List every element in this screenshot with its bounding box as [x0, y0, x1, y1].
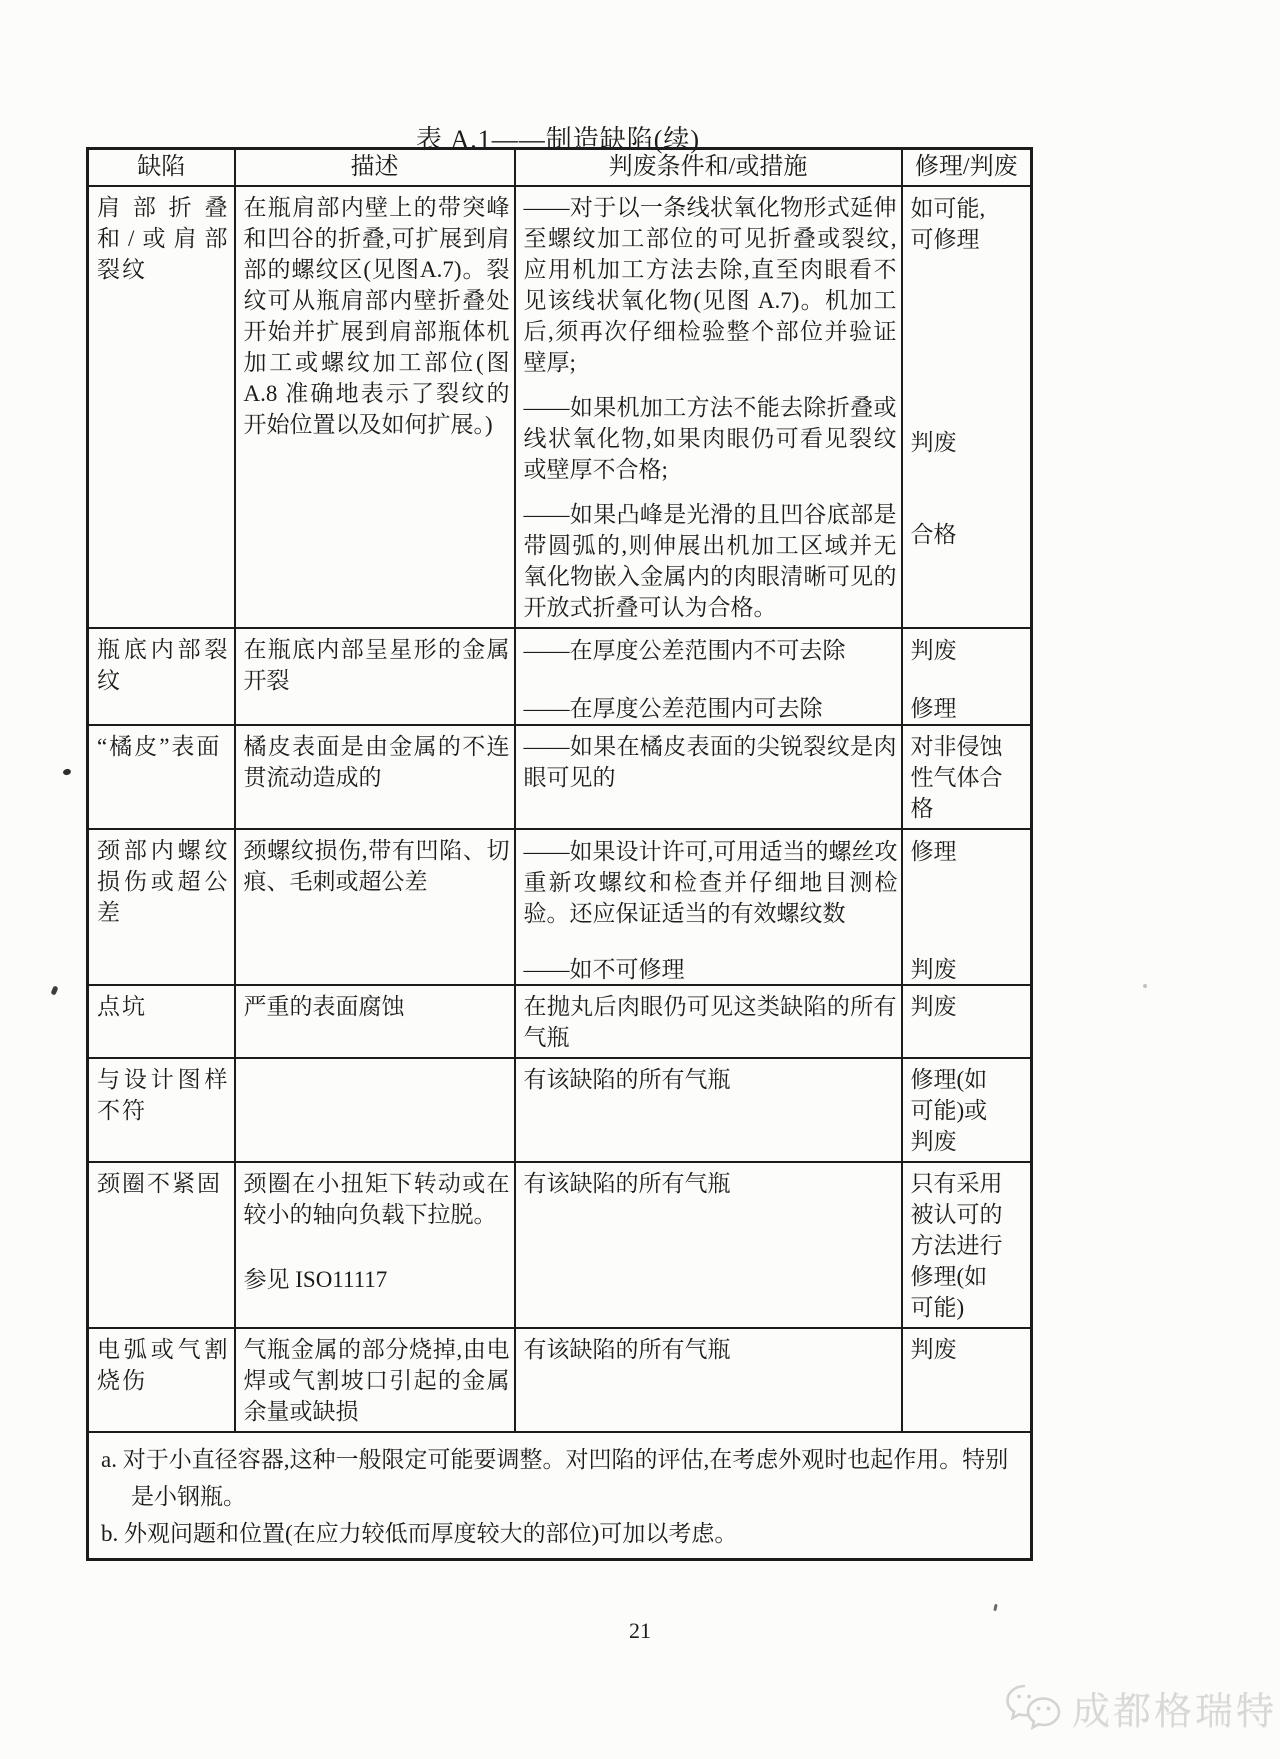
- chat-bubbles-icon: [1004, 1683, 1062, 1733]
- table-row: 电弧或气割烧伤 气瓶金属的部分烧掉,由电焊或气割坡口引起的金属余量或缺损 有该缺…: [88, 1328, 1032, 1432]
- verdict-label: 合格: [911, 519, 1028, 550]
- verdict-label: 判废: [911, 1334, 1027, 1365]
- description-cell: 橘皮表面是由金属的不连贯流动造成的: [235, 725, 515, 829]
- conditions-cell: 在抛丸后肉眼仍可见这类缺陷的所有气瓶: [515, 985, 902, 1058]
- description-paragraph: 颈螺纹损伤,带有凹陷、切痕、毛刺或超公差: [244, 835, 510, 897]
- condition-paragraph: ——对于以一条线状氧化物形式延伸至螺纹加工部位的可见折叠或裂纹,应用机加工方法去…: [524, 192, 897, 378]
- defect-cell: 与设计图样不符: [88, 1058, 235, 1162]
- condition-paragraph: 有该缺陷的所有气瓶: [524, 1064, 897, 1095]
- condition-paragraph: ——在厚度公差范围内可去除: [524, 693, 898, 724]
- table-row: 颈部内螺纹损伤或超公差 颈螺纹损伤,带有凹陷、切痕、毛刺或超公差 ——如果设计许…: [88, 829, 1032, 985]
- conditions-cell: ——在厚度公差范围内不可去除 ——在厚度公差范围内可去除: [515, 628, 902, 725]
- scan-artifact-dot: [62, 768, 71, 776]
- footnote-b: b. 外观问题和位置(在应力较低而厚度较大的部位)可加以考虑。: [101, 1515, 1016, 1552]
- verdict-cell: 修理(如 可能)或 判废: [902, 1058, 1032, 1162]
- verdict-label: 对非侵蚀 性气体合 格: [911, 731, 1027, 824]
- condition-paragraph: ——如不可修理: [524, 954, 898, 985]
- table-row: 肩部折叠和/或肩部裂纹 在瓶肩部内壁上的带突峰和凹谷的折叠,可扩展到肩部的螺纹区…: [88, 186, 1032, 628]
- verdict-label: 只有采用 被认可的 方法进行 修理(如 可能): [911, 1168, 1027, 1323]
- manufacturing-defects-table: 缺陷 描述 判废条件和/或措施 修理/判废 肩部折叠和/或肩部裂纹 在瓶肩部内壁…: [86, 147, 1033, 1561]
- footnote-a: a. 对于小直径容器,这种一般限定可能要调整。对凹陷的评估,在考虑外观时也起作用…: [101, 1441, 1016, 1515]
- description-paragraph: 颈圈在小扭矩下转动或在较小的轴向负载下拉脱。: [244, 1168, 510, 1230]
- verdict-cell: 只有采用 被认可的 方法进行 修理(如 可能): [902, 1162, 1032, 1328]
- description-cell: 严重的表面腐蚀: [235, 985, 515, 1058]
- header-description: 描述: [235, 149, 515, 187]
- verdict-label: 如可能, 可修理: [911, 193, 1028, 255]
- defect-cell: “橘皮”表面: [88, 725, 235, 829]
- header-conditions: 判废条件和/或措施: [515, 149, 902, 187]
- defect-cell: 瓶底内部裂纹: [88, 628, 235, 725]
- condition-paragraph: 在抛丸后肉眼仍可见这类缺陷的所有气瓶: [524, 991, 897, 1053]
- defect-cell: 点坑: [88, 985, 235, 1058]
- condition-paragraph: ——在厚度公差范围内不可去除: [524, 635, 898, 666]
- verdict-label: 修理: [911, 693, 1028, 724]
- description-cell: 颈圈在小扭矩下转动或在较小的轴向负载下拉脱。 参见 ISO11117: [235, 1162, 515, 1328]
- verdict-label: 判废: [911, 635, 1028, 666]
- condition-paragraph: 有该缺陷的所有气瓶: [524, 1168, 897, 1199]
- condition-paragraph: 有该缺陷的所有气瓶: [524, 1334, 897, 1365]
- description-cell: 颈螺纹损伤,带有凹陷、切痕、毛刺或超公差: [235, 829, 515, 985]
- description-cell: 在瓶底内部呈星形的金属开裂: [235, 628, 515, 725]
- verdict-label: 判废: [911, 991, 1027, 1022]
- description-cell: [235, 1058, 515, 1162]
- verdict-label: 判废: [911, 427, 1028, 458]
- condition-paragraph: ——如果在橘皮表面的尖锐裂纹是肉眼可见的: [524, 731, 897, 793]
- condition-paragraph: ——如果凸峰是光滑的且凹谷底部是带圆弧的,则伸展出机加工区域并无氧化物嵌入金属内…: [524, 499, 897, 623]
- scan-artifact-dot: [993, 1604, 997, 1611]
- watermark-brand-text: 成都格瑞特: [1072, 1680, 1277, 1735]
- description-paragraph: 在瓶肩部内壁上的带突峰和凹谷的折叠,可扩展到肩部的螺纹区(见图A.7)。裂纹可从…: [244, 192, 510, 440]
- verdict-cell: 判废: [902, 985, 1032, 1058]
- watermark: 成都格瑞特: [1004, 1680, 1277, 1735]
- defect-cell: 颈部内螺纹损伤或超公差: [88, 829, 235, 985]
- condition-paragraph: ——如果机加工方法不能去除折叠或线状氧化物,如果肉眼仍可看见裂纹或壁厚不合格;: [524, 392, 897, 485]
- table-row: 颈圈不紧固 颈圈在小扭矩下转动或在较小的轴向负载下拉脱。 参见 ISO11117…: [88, 1162, 1032, 1328]
- description-paragraph: 严重的表面腐蚀: [244, 991, 510, 1022]
- scan-artifact-dot: [1143, 984, 1147, 988]
- verdict-label: 修理(如 可能)或 判废: [911, 1064, 1027, 1157]
- header-verdict: 修理/判废: [902, 149, 1032, 187]
- conditions-cell: 有该缺陷的所有气瓶: [515, 1162, 902, 1328]
- description-paragraph: 在瓶底内部呈星形的金属开裂: [244, 634, 510, 696]
- defect-cell: 肩部折叠和/或肩部裂纹: [88, 186, 235, 628]
- description-cell: 在瓶肩部内壁上的带突峰和凹谷的折叠,可扩展到肩部的螺纹区(见图A.7)。裂纹可从…: [235, 186, 515, 628]
- description-cell: 气瓶金属的部分烧掉,由电焊或气割坡口引起的金属余量或缺损: [235, 1328, 515, 1432]
- conditions-cell: 有该缺陷的所有气瓶: [515, 1328, 902, 1432]
- reference-note: 参见 ISO11117: [244, 1264, 510, 1295]
- verdict-label: 修理: [911, 836, 1028, 867]
- scanned-document-page: { "title": "表 A.1——制造缺陷(续)", "page_numbe…: [0, 0, 1280, 1759]
- condition-paragraph: ——如果设计许可,可用适当的螺丝攻重新攻螺纹和检查并仔细地目测检验。还应保证适当…: [524, 836, 898, 929]
- verdict-cell: 修理 判废: [902, 829, 1032, 985]
- verdict-cell: 如可能, 可修理 判废 合格: [902, 186, 1032, 628]
- verdict-cell: 判废: [902, 1328, 1032, 1432]
- verdict-cell: 判废 修理: [902, 628, 1032, 725]
- table-row: 与设计图样不符 有该缺陷的所有气瓶 修理(如 可能)或 判废: [88, 1058, 1032, 1162]
- verdict-label: 判废: [911, 954, 1028, 985]
- table-header-row: 缺陷 描述 判废条件和/或措施 修理/判废: [88, 149, 1032, 187]
- scan-artifact-dot: [50, 985, 58, 995]
- description-paragraph: 气瓶金属的部分烧掉,由电焊或气割坡口引起的金属余量或缺损: [244, 1334, 510, 1427]
- defect-cell: 颈圈不紧固: [88, 1162, 235, 1328]
- conditions-cell: ——如果设计许可,可用适当的螺丝攻重新攻螺纹和检查并仔细地目测检验。还应保证适当…: [515, 829, 902, 985]
- table-row: 点坑 严重的表面腐蚀 在抛丸后肉眼仍可见这类缺陷的所有气瓶 判废: [88, 985, 1032, 1058]
- defect-cell: 电弧或气割烧伤: [88, 1328, 235, 1432]
- table-row: “橘皮”表面 橘皮表面是由金属的不连贯流动造成的 ——如果在橘皮表面的尖锐裂纹是…: [88, 725, 1032, 829]
- verdict-cell: 对非侵蚀 性气体合 格: [902, 725, 1032, 829]
- conditions-cell: 有该缺陷的所有气瓶: [515, 1058, 902, 1162]
- description-paragraph: 橘皮表面是由金属的不连贯流动造成的: [244, 731, 510, 793]
- page-number: 21: [0, 1618, 1280, 1644]
- header-defect: 缺陷: [88, 149, 235, 187]
- conditions-cell: ——如果在橘皮表面的尖锐裂纹是肉眼可见的: [515, 725, 902, 829]
- footnotes-cell: a. 对于小直径容器,这种一般限定可能要调整。对凹陷的评估,在考虑外观时也起作用…: [88, 1432, 1032, 1560]
- footnote-row: a. 对于小直径容器,这种一般限定可能要调整。对凹陷的评估,在考虑外观时也起作用…: [88, 1432, 1032, 1560]
- conditions-cell: ——对于以一条线状氧化物形式延伸至螺纹加工部位的可见折叠或裂纹,应用机加工方法去…: [515, 186, 902, 628]
- table-row: 瓶底内部裂纹 在瓶底内部呈星形的金属开裂 ——在厚度公差范围内不可去除 ——在厚…: [88, 628, 1032, 725]
